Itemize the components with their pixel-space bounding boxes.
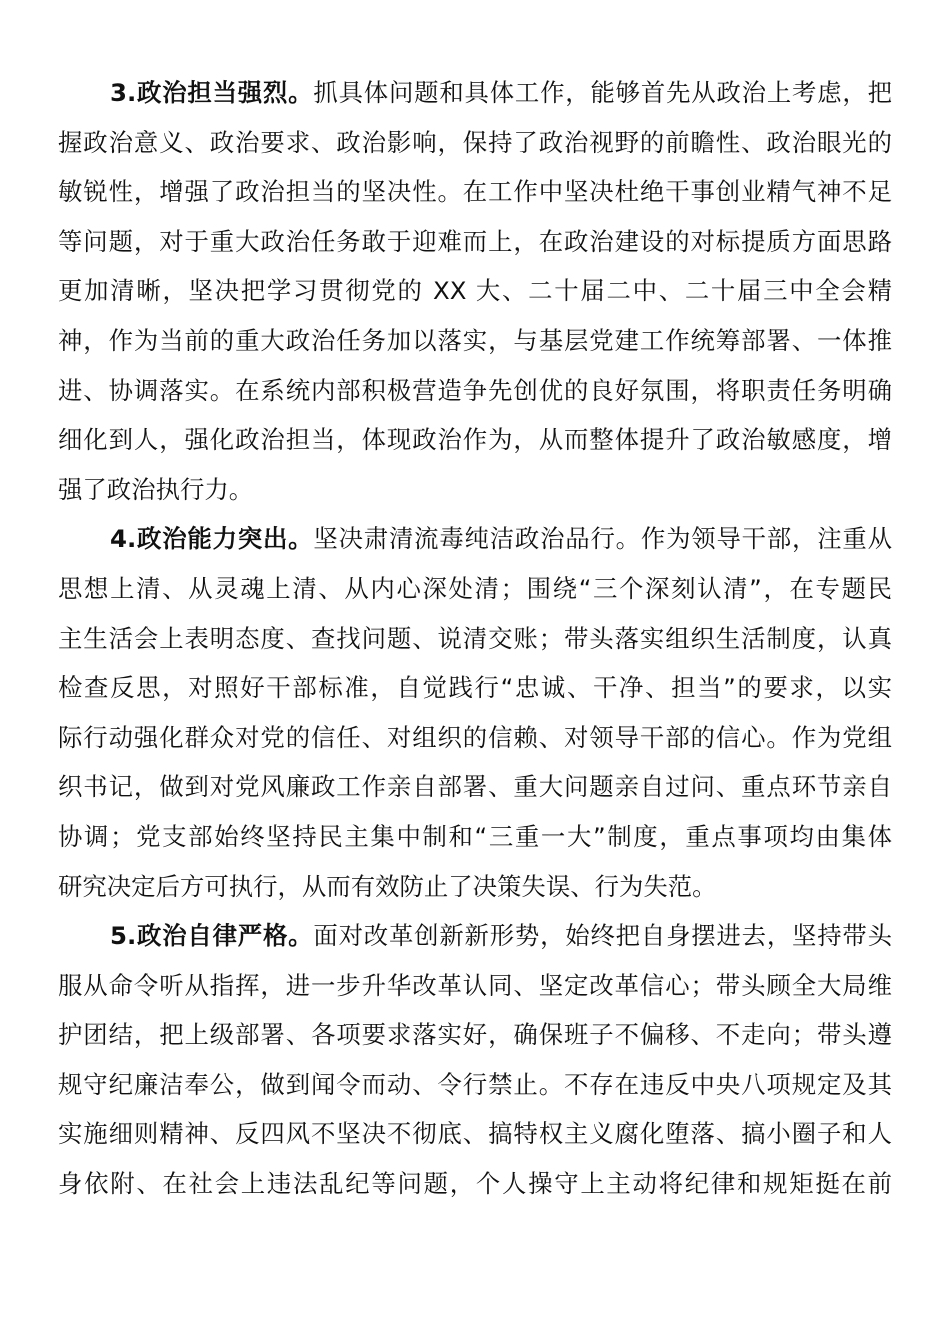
paragraph-line: 身依附、在社会上违法乱纪等问题，个人操守上主动将纪律和规矩挺在前 — [58, 1159, 892, 1209]
paragraph-line: 织书记，做到对党风廉政工作亲自部署、重大问题亲自过问、重点环节亲自 — [58, 762, 892, 812]
paragraph-line: 4.政治能力突出。坚决肃清流毒纯洁政治品行。作为领导干部，注重从 — [58, 514, 892, 564]
paragraph-line: 神，作为当前的重大政治任务加以落实，与基层党建工作统筹部署、一体推 — [58, 316, 892, 366]
paragraph-line: 3.政治担当强烈。抓具体问题和具体工作，能够首先从政治上考虑，把 — [58, 68, 892, 118]
paragraph-line: 5.政治自律严格。面对改革创新新形势，始终把自身摆进去，坚持带头 — [58, 911, 892, 961]
paragraph-5: 5.政治自律严格。面对改革创新新形势，始终把自身摆进去，坚持带头 服从命令听从指… — [58, 911, 892, 1209]
paragraph-line: 握政治意义、政治要求、政治影响，保持了政治视野的前瞻性、政治眼光的 — [58, 118, 892, 168]
paragraph-line: 强了政治执行力。 — [58, 465, 892, 515]
paragraph-heading: 3.政治担当强烈。 — [110, 78, 313, 107]
paragraph-3: 3.政治担当强烈。抓具体问题和具体工作，能够首先从政治上考虑，把 握政治意义、政… — [58, 68, 892, 514]
paragraph-line: 规守纪廉洁奉公，做到闻令而动、令行禁止。不存在违反中央八项规定及其 — [58, 1060, 892, 1110]
document-page: 3.政治担当强烈。抓具体问题和具体工作，能够首先从政治上考虑，把 握政治意义、政… — [58, 68, 892, 1209]
paragraph-text: 抓具体问题和具体工作，能够首先从政治上考虑，把 — [313, 78, 892, 107]
paragraph-line: 主生活会上表明态度、查找问题、说清交账；带头落实组织生活制度，认真 — [58, 614, 892, 664]
paragraph-line: 研究决定后方可执行，从而有效防止了决策失误、行为失范。 — [58, 862, 892, 912]
paragraph-line: 细化到人，强化政治担当，体现政治作为，从而整体提升了政治敏感度，增 — [58, 415, 892, 465]
paragraph-heading: 4.政治能力突出。 — [110, 524, 313, 553]
paragraph-line: 进、协调落实。在系统内部积极营造争先创优的良好氛围，将职责任务明确 — [58, 366, 892, 416]
paragraph-line: 护团结，把上级部署、各项要求落实好，确保班子不偏移、不走向；带头遵 — [58, 1010, 892, 1060]
paragraph-line: 更加清晰，坚决把学习贯彻党的 XX 大、二十届二中、二十届三中全会精 — [58, 266, 892, 316]
paragraph-text: 坚决肃清流毒纯洁政治品行。作为领导干部，注重从 — [313, 524, 892, 553]
paragraph-line: 际行动强化群众对党的信任、对组织的信赖、对领导干部的信心。作为党组 — [58, 713, 892, 763]
paragraph-heading: 5.政治自律严格。 — [110, 921, 313, 950]
paragraph-line: 敏锐性，增强了政治担当的坚决性。在工作中坚决杜绝干事创业精气神不足 — [58, 167, 892, 217]
paragraph-line: 实施细则精神、反四风不坚决不彻底、搞特权主义腐化堕落、搞小圈子和人 — [58, 1109, 892, 1159]
paragraph-text: 面对改革创新新形势，始终把自身摆进去，坚持带头 — [313, 921, 892, 950]
paragraph-line: 服从命令听从指挥，进一步升华改革认同、坚定改革信心；带头顾全大局维 — [58, 961, 892, 1011]
paragraph-line: 检查反思，对照好干部标准，自觉践行“忠诚、干净、担当”的要求，以实 — [58, 663, 892, 713]
paragraph-line: 等问题，对于重大政治任务敢于迎难而上，在政治建设的对标提质方面思路 — [58, 217, 892, 267]
paragraph-line: 协调；党支部始终坚持民主集中制和“三重一大”制度，重点事项均由集体 — [58, 812, 892, 862]
paragraph-line: 思想上清、从灵魂上清、从内心深处清；围绕“三个深刻认清”，在专题民 — [58, 564, 892, 614]
paragraph-4: 4.政治能力突出。坚决肃清流毒纯洁政治品行。作为领导干部，注重从 思想上清、从灵… — [58, 514, 892, 911]
